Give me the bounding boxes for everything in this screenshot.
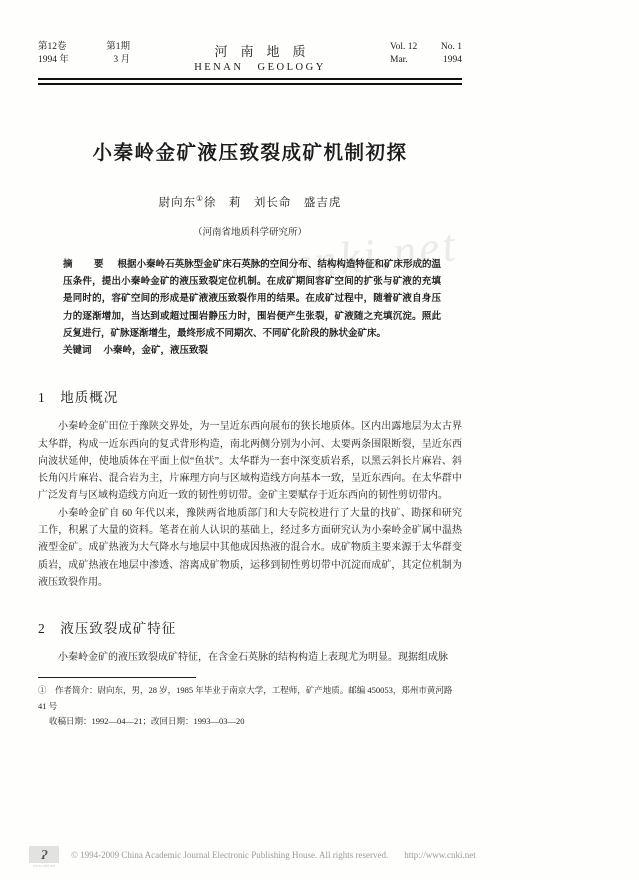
journal-header-left: 第12卷 第1期 1994 年 3 月 bbox=[38, 41, 130, 67]
cnki-url: http://www.cnki.net bbox=[404, 850, 475, 860]
page-content: 第12卷 第1期 1994 年 3 月 河南地质 HENAN GEOLOGY V… bbox=[38, 0, 462, 730]
volume-en: Vol. 12 bbox=[390, 41, 417, 54]
month-en: Mar. bbox=[390, 54, 408, 67]
section-1-paragraph-1: 小秦岭金矿田位于豫陕交界处，为一呈近东西向展布的狭长地质体。区内出露地层为太古界… bbox=[38, 418, 462, 504]
journal-header-right: Vol. 12 No. 1 Mar. 1994 bbox=[390, 41, 462, 67]
cnki-logo-icon: Ɂ www.cnki.net bbox=[29, 846, 59, 863]
abstract-text: 根据小秦岭石英脉型金矿床石英脉的空间分布、结构构造特征和矿床形成的温压条件，提出… bbox=[63, 260, 441, 339]
volume-cn: 第12卷 bbox=[38, 41, 67, 54]
footnote-author-bio: ① 作者简介：尉向东，男，28 岁，1985 年毕业于南京大学，工程师，矿产地质… bbox=[38, 683, 462, 714]
keywords-line: 关键词小秦岭，金矿，液压致裂 bbox=[63, 343, 441, 360]
year-en: 1994 bbox=[443, 54, 462, 67]
journal-name: 河南地质 HENAN GEOLOGY bbox=[130, 41, 390, 73]
journal-name-en: HENAN GEOLOGY bbox=[130, 62, 390, 73]
section-2-paragraph-1: 小秦岭金矿的液压致裂成矿特征，在含金石英脉的结构构造上表现尤为明显。现据组成脉 bbox=[38, 649, 462, 666]
journal-header: 第12卷 第1期 1994 年 3 月 河南地质 HENAN GEOLOGY V… bbox=[38, 0, 462, 73]
cnki-swoosh-icon: Ɂ bbox=[41, 848, 48, 861]
footnote: ① 作者简介：尉向东，男，28 岁，1985 年毕业于南京大学，工程师，矿产地质… bbox=[38, 683, 462, 730]
section-1-heading: 1 地质概况 bbox=[38, 386, 462, 406]
section-2-heading: 2 液压致裂成矿特征 bbox=[38, 617, 462, 637]
footnote-dates: 收稿日期：1992—04—21；改回日期：1993—03—20 bbox=[38, 714, 462, 730]
article-title: 小秦岭金矿液压致裂成矿机制初探 bbox=[38, 137, 462, 165]
cnki-footer: Ɂ www.cnki.net © 1994-2009 China Academi… bbox=[29, 846, 476, 863]
year-cn: 1994 年 bbox=[38, 54, 69, 67]
keywords-text: 小秦岭，金矿，液压致裂 bbox=[104, 346, 209, 356]
header-divider bbox=[38, 78, 462, 85]
affiliation: （河南省地质科学研究所） bbox=[38, 224, 462, 238]
footnote-divider bbox=[38, 677, 196, 678]
issue-cn: 第1期 bbox=[106, 41, 130, 54]
cnki-logo-caption: www.cnki.net bbox=[29, 863, 59, 868]
month-cn: 3 月 bbox=[113, 54, 130, 67]
authors-rest: 徐 莉 刘长命 盛吉虎 bbox=[204, 197, 342, 209]
copyright-text: © 1994-2009 China Academic Journal Elect… bbox=[71, 850, 388, 860]
abstract: 摘 要根据小秦岭石英脉型金矿床石英脉的空间分布、结构构造特征和矿床形成的温压条件… bbox=[63, 257, 441, 343]
footer-copyright: © 1994-2009 China Academic Journal Elect… bbox=[71, 850, 476, 860]
author-line: 尉向东①徐 莉 刘长命 盛吉虎 bbox=[38, 194, 462, 210]
author-footnote-marker: ① bbox=[196, 194, 204, 203]
issue-en: No. 1 bbox=[441, 41, 462, 54]
abstract-label: 摘 要 bbox=[63, 260, 110, 270]
keywords-label: 关键词 bbox=[63, 346, 92, 356]
section-1-paragraph-2: 小秦岭金矿自 60 年代以来，豫陕两省地质部门和大专院校进行了大量的找矿、勘探和… bbox=[38, 505, 462, 591]
author-first: 尉向东 bbox=[159, 197, 197, 209]
journal-name-cn: 河南地质 bbox=[130, 41, 390, 60]
scanned-paper-page: cnki.net 第12卷 第1期 1994 年 3 月 河南地质 HENAN … bbox=[0, 0, 639, 880]
